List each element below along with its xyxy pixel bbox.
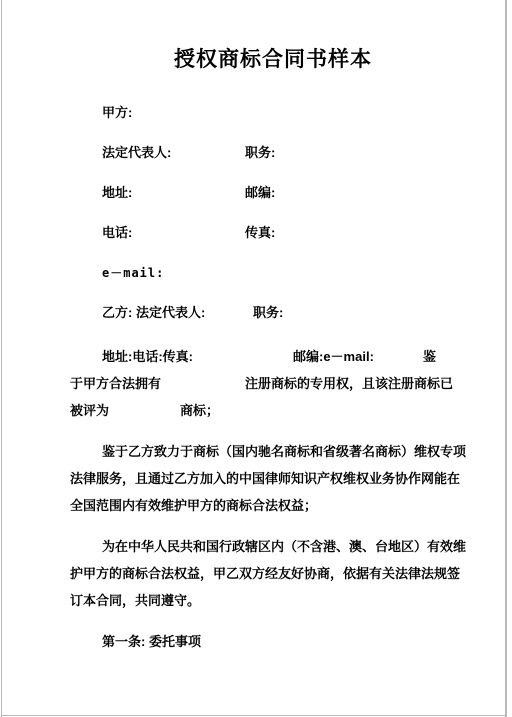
fill-in-rated-as-text: 被评为 xyxy=(70,403,109,418)
purpose-line-3: 订本合同，共同遵守。 xyxy=(70,587,444,614)
fill-in-whereas-char: 鉴 xyxy=(423,343,436,370)
contact-form-section: 甲方: 法定代表人: 职务: 地址: 邮编: 电话: 传真: e－mail: 乙… xyxy=(70,100,444,326)
form-row-party-b: 乙方: 法定代表人: 职务: xyxy=(70,300,444,326)
postcode-label: 邮编: xyxy=(245,180,275,206)
purpose-line-1: 为在中华人民共和国行政辖区内（不含港、澳、台地区）有效维 xyxy=(70,533,444,560)
whereas-line-1: 鉴于乙方致力于商标（国内驰名商标和省级著名商标）维权专项 xyxy=(70,438,444,465)
article-1-heading-row: 第一条: 委托事项 xyxy=(70,628,444,655)
whereas-line-3: 全国范围内有效维护甲方的商标合法权益； xyxy=(70,492,444,519)
fill-in-line-1: 地址:电话:传真: 邮编:e－mail: 鉴 xyxy=(70,343,444,370)
fill-in-line-3: 被评为 商标； xyxy=(70,397,444,424)
article-1-heading: 第一条: 委托事项 xyxy=(70,628,201,655)
purpose-line-2-text: 护甲方的商标合法权益，甲乙双方经友好协商，依据有关法律法规签 xyxy=(70,566,460,581)
position-label: 职务: xyxy=(245,140,275,166)
purpose-line-3-text: 订本合同，共同遵守。 xyxy=(70,593,200,608)
phone-label: 电话: xyxy=(70,220,132,246)
whereas-line-1-text: 鉴于乙方致力于商标（国内驰名商标和省级著名商标）维权专项 xyxy=(70,438,466,465)
form-row-legal-rep: 法定代表人: 职务: xyxy=(70,140,444,166)
fill-in-postcode-email: 邮编:e－mail: xyxy=(293,343,374,370)
purpose-line-2: 护甲方的商标合法权益，甲乙双方经友好协商，依据有关法律法规签 xyxy=(70,560,444,587)
document-body: 甲方: 法定代表人: 职务: 地址: 邮编: 电话: 传真: e－mail: 乙… xyxy=(70,100,444,655)
party-b-label: 乙方: 法定代表人: xyxy=(70,300,205,326)
form-row-party-a: 甲方: xyxy=(70,100,444,126)
paragraph-whereas-party-b: 鉴于乙方致力于商标（国内驰名商标和省级著名商标）维权专项 法律服务，且通过乙方加… xyxy=(70,438,444,519)
document-page: 授权商标合同书样本 甲方: 法定代表人: 职务: 地址: 邮编: 电话: 传真:… xyxy=(0,0,512,717)
whereas-line-2-text: 法律服务，且通过乙方加入的中国律师知识产权维权业务协作网能在 xyxy=(70,471,460,486)
page-border-bottom xyxy=(1,715,507,716)
fax-label: 传真: xyxy=(245,220,275,246)
address-label: 地址: xyxy=(70,180,132,206)
email-label: e－mail: xyxy=(70,260,164,286)
fill-in-trademark-text: 商标； xyxy=(180,397,219,424)
form-row-address: 地址: 邮编: xyxy=(70,180,444,206)
paragraph-purpose: 为在中华人民共和国行政辖区内（不含港、澳、台地区）有效维 护甲方的商标合法权益，… xyxy=(70,533,444,614)
legal-rep-label: 法定代表人: xyxy=(70,140,171,166)
paragraph-fill-in: 地址:电话:传真: 邮编:e－mail: 鉴 于甲方合法拥有 注册商标的专用权，… xyxy=(70,343,444,424)
form-row-phone: 电话: 传真: xyxy=(70,220,444,246)
fill-in-contact-labels: 地址:电话:传真: xyxy=(70,343,193,370)
whereas-line-3-text: 全国范围内有效维护甲方的商标合法权益； xyxy=(70,498,317,513)
document-title: 授权商标合同书样本 xyxy=(0,44,512,74)
party-b-position-label: 职务: xyxy=(253,300,283,326)
form-row-email: e－mail: xyxy=(70,260,444,286)
fill-in-line-2: 于甲方合法拥有 注册商标的专用权，且该注册商标已 xyxy=(70,370,444,397)
page-border-left xyxy=(1,0,2,717)
fill-in-trademark-right-text: 注册商标的专用权，且该注册商标已 xyxy=(245,370,453,397)
whereas-line-2: 法律服务，且通过乙方加入的中国律师知识产权维权业务协作网能在 xyxy=(70,465,444,492)
fill-in-owns-text: 于甲方合法拥有 xyxy=(70,376,161,391)
purpose-line-1-text: 为在中华人民共和国行政辖区内（不含港、澳、台地区）有效维 xyxy=(70,533,466,560)
party-a-label: 甲方: xyxy=(70,100,132,126)
page-border-right xyxy=(505,0,507,717)
